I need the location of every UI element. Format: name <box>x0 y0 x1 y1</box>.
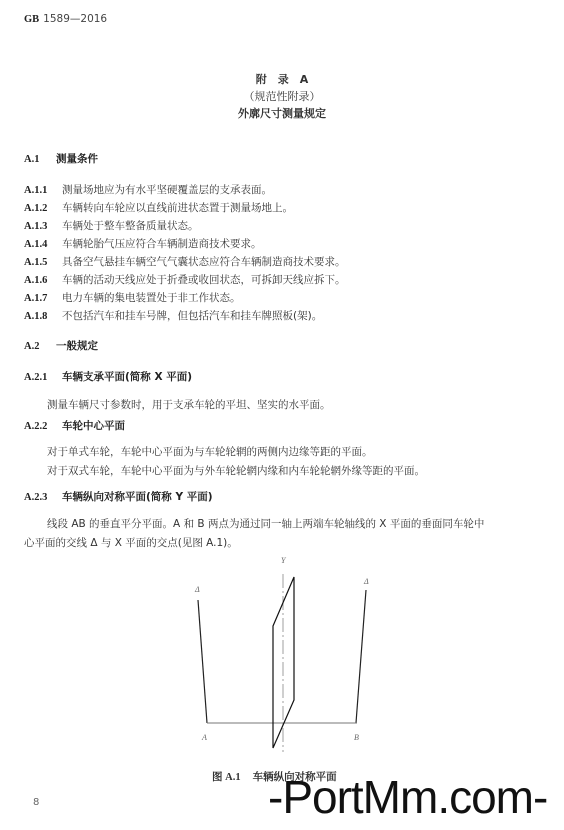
figure-number: 图 A.1 <box>212 772 241 783</box>
label-point-a: A <box>201 733 207 742</box>
watermark: -PortMm.com- <box>268 770 547 824</box>
label-y-axis: Y <box>281 556 287 565</box>
label-delta-left: Δ <box>194 585 200 594</box>
page-number: 8 <box>33 797 39 808</box>
figure-a1-diagram: Δ Δ Y A B <box>0 0 564 830</box>
label-delta-right: Δ <box>363 577 369 586</box>
label-point-b: B <box>354 733 359 742</box>
